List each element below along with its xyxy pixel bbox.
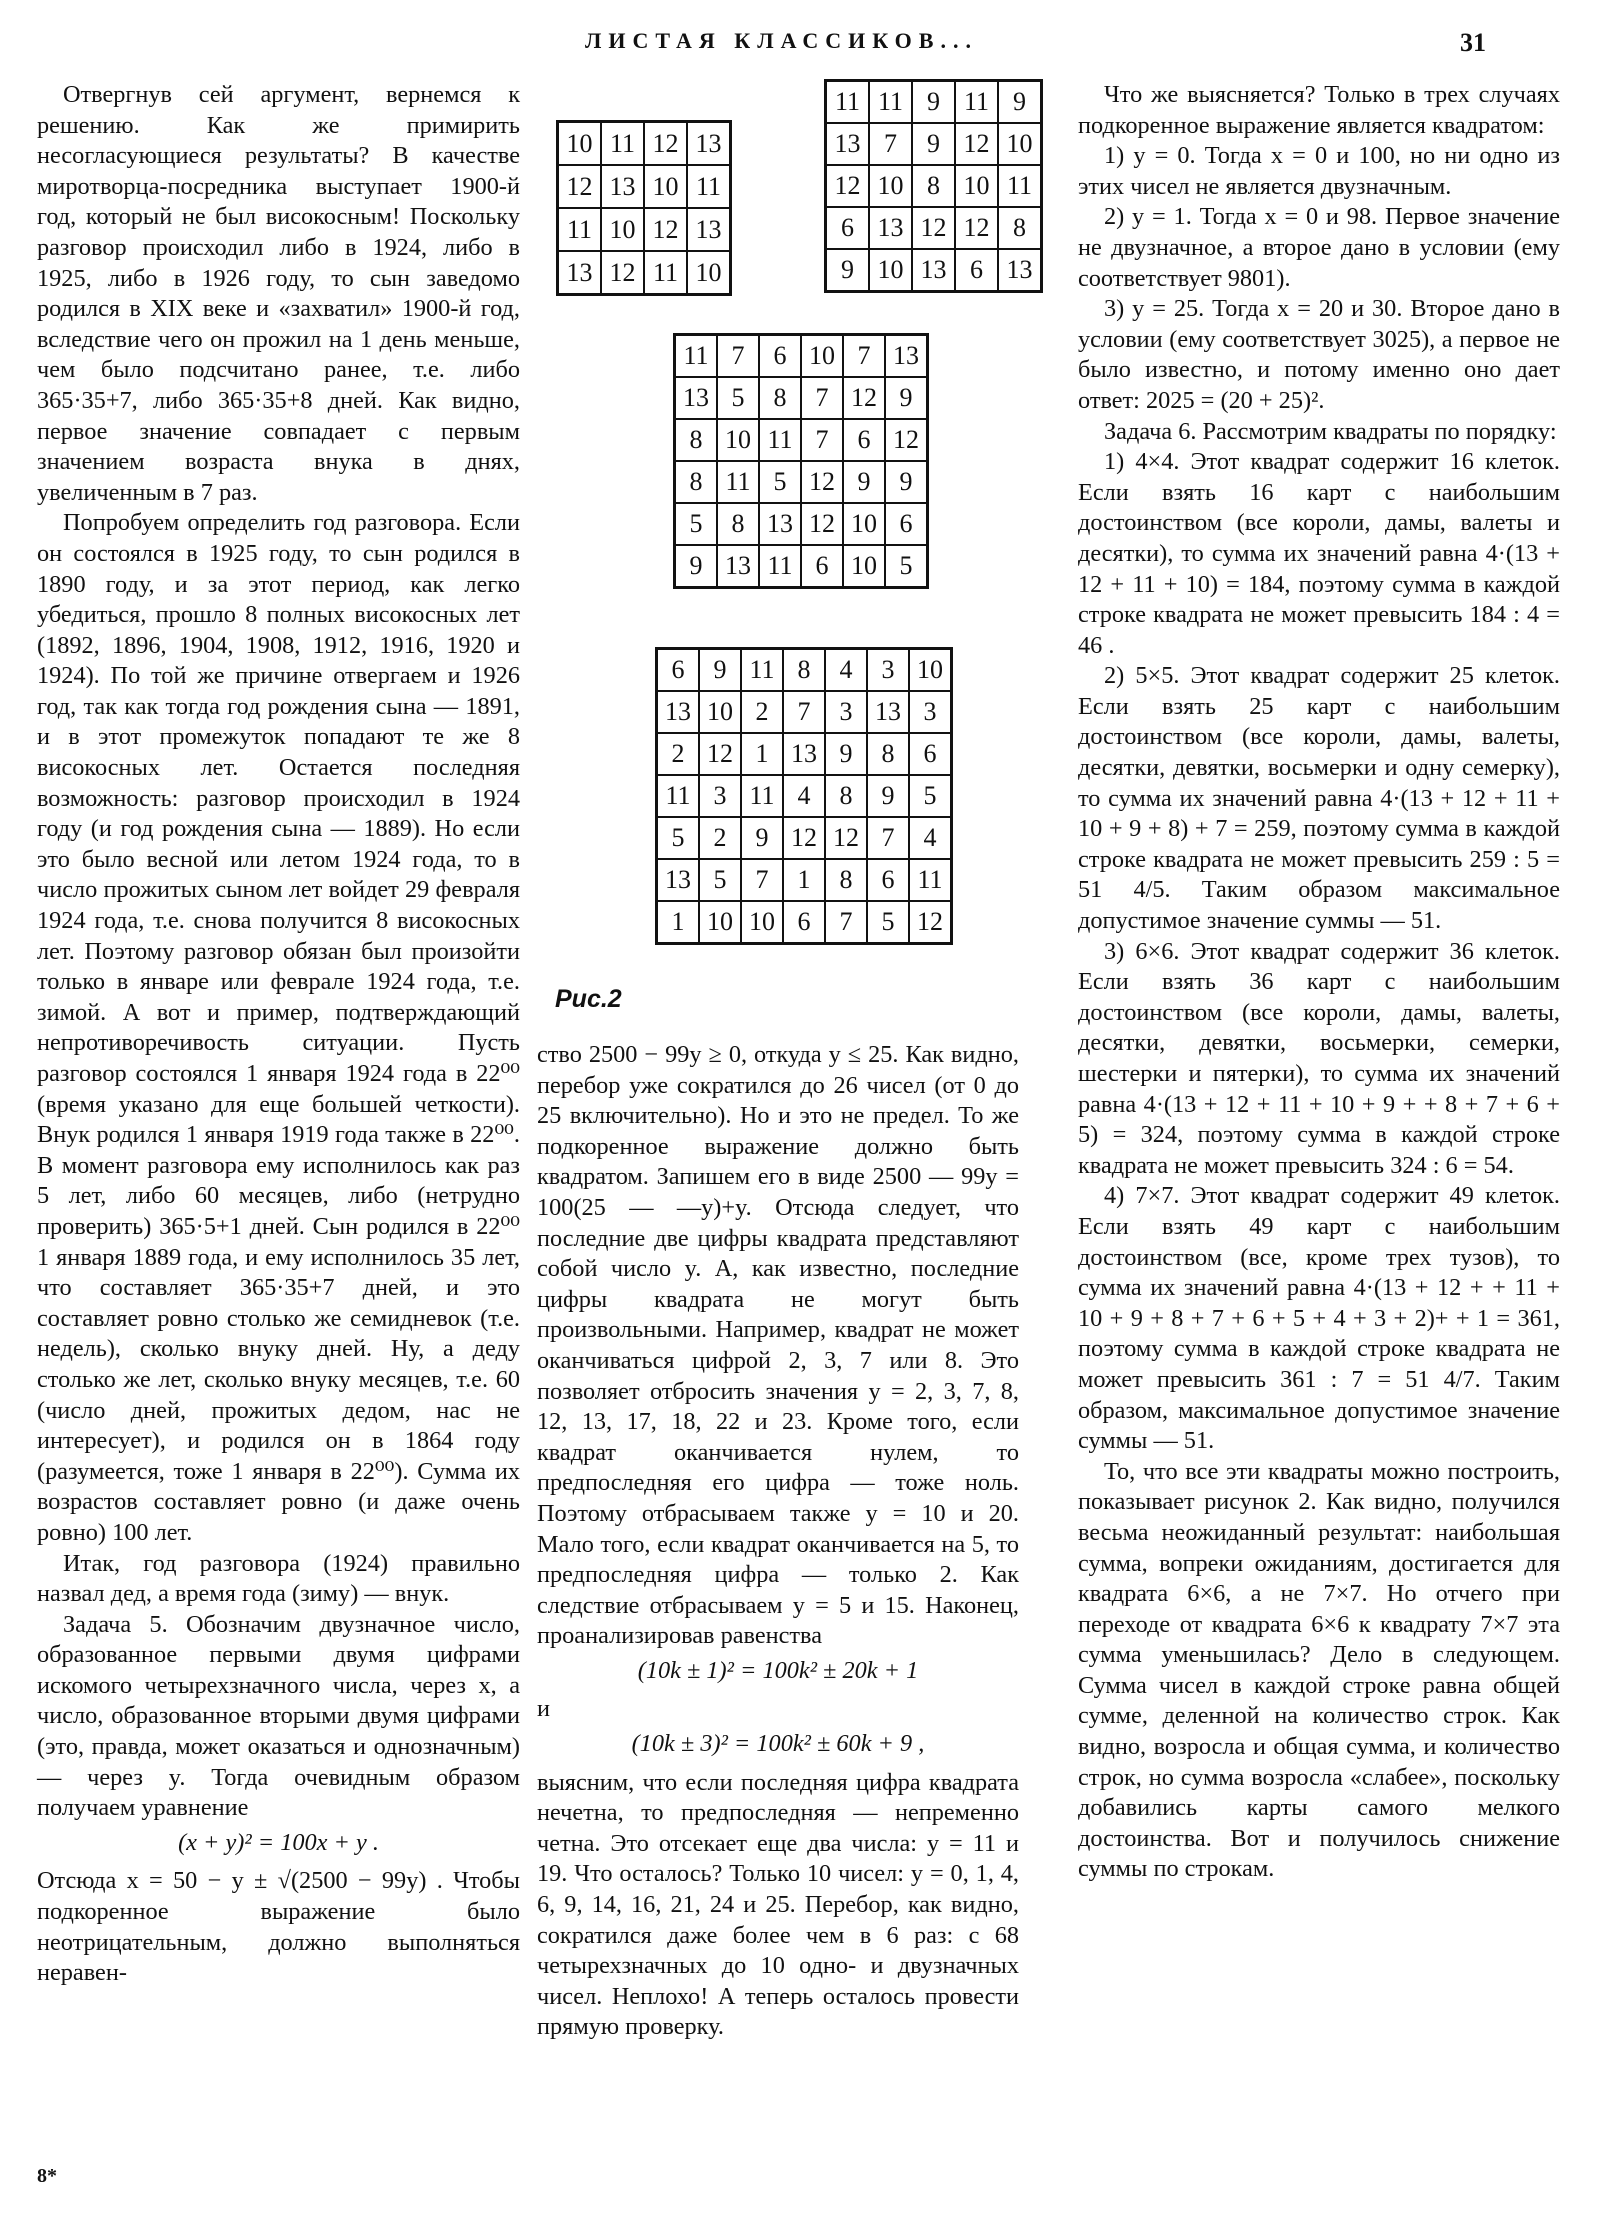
grid-cell: 12 bbox=[909, 901, 952, 944]
grid-cell: 5 bbox=[699, 859, 741, 901]
grid-cell: 13 bbox=[687, 122, 731, 166]
grid-cell: 6 bbox=[955, 249, 998, 292]
grid-cell: 12 bbox=[825, 817, 867, 859]
grid-cell: 5 bbox=[909, 775, 952, 817]
grid-cell: 3 bbox=[699, 775, 741, 817]
grid-cell: 7 bbox=[717, 335, 759, 378]
paragraph-problem-5: Задача 5. Обозначим двузначное число, об… bbox=[37, 1610, 520, 1824]
grid-cell: 11 bbox=[869, 81, 912, 124]
grid-cell: 5 bbox=[759, 461, 801, 503]
grid-row: 10111213 bbox=[558, 122, 731, 166]
grid-cell: 11 bbox=[998, 165, 1042, 207]
grid-cell: 12 bbox=[955, 123, 998, 165]
grid-cell: 9 bbox=[885, 377, 928, 419]
grid-row: 121081011 bbox=[826, 165, 1042, 207]
grid-cell: 10 bbox=[909, 649, 952, 692]
grid-cell: 7 bbox=[741, 859, 783, 901]
grid-cell: 11 bbox=[741, 775, 783, 817]
formula: (10k ± 1)² = 100k² ± 20k + 1 bbox=[537, 1656, 1019, 1687]
grid-cell: 13 bbox=[687, 208, 731, 251]
grid-cell: 2 bbox=[699, 817, 741, 859]
grid-cell: 8 bbox=[912, 165, 955, 207]
grid-cell: 7 bbox=[801, 377, 843, 419]
grid-cell: 11 bbox=[601, 122, 644, 166]
grid-cell: 13 bbox=[759, 503, 801, 545]
grid-cell: 3 bbox=[867, 649, 909, 692]
list-item: 4) 7×7. Этот квадрат содержит 49 клеток.… bbox=[1078, 1181, 1560, 1456]
column-left: Отвергнув сей аргумент, вернемся к решен… bbox=[37, 80, 520, 1989]
grid-cell: 6 bbox=[867, 859, 909, 901]
grid-cell: 9 bbox=[675, 545, 718, 588]
grid-cell: 13 bbox=[601, 165, 644, 208]
grid-cell: 5 bbox=[657, 817, 700, 859]
grid-cell: 9 bbox=[867, 775, 909, 817]
grid-cell: 13 bbox=[998, 249, 1042, 292]
grid-cell: 9 bbox=[741, 817, 783, 859]
grid-row: 11119119 bbox=[826, 81, 1042, 124]
grid-cell: 12 bbox=[783, 817, 825, 859]
grid-cell: 11 bbox=[909, 859, 952, 901]
grid-cell: 3 bbox=[909, 691, 952, 733]
grid-row: 691184310 bbox=[657, 649, 952, 692]
grid-cell: 9 bbox=[826, 249, 870, 292]
grid-cell: 9 bbox=[912, 81, 955, 124]
grid-cell: 12 bbox=[843, 377, 885, 419]
paragraph: выясним, что если последняя цифра квадра… bbox=[537, 1768, 1019, 2043]
grid-cell: 6 bbox=[759, 335, 801, 378]
grid-row: 81151299 bbox=[675, 461, 928, 503]
paragraph: ство 2500 − 99y ≥ 0, откуда y ≤ 25. Как … bbox=[537, 1040, 1019, 1652]
grid-cell: 13 bbox=[717, 545, 759, 588]
grid-cell: 12 bbox=[601, 251, 644, 295]
grid-cell: 10 bbox=[869, 249, 912, 292]
paragraph: Отсюда x = 50 − y ± √(2500 − 99y) . Чтоб… bbox=[37, 1866, 520, 1988]
grid-row: 13791210 bbox=[826, 123, 1042, 165]
grid-cell: 9 bbox=[998, 81, 1042, 124]
grid-cell: 1 bbox=[741, 733, 783, 775]
grid-row: 91013613 bbox=[826, 249, 1042, 292]
grid-7x7: 6911843101310273133212113986113114895529… bbox=[655, 647, 953, 945]
grid-row: 1310273133 bbox=[657, 691, 952, 733]
grid-cell: 11 bbox=[826, 81, 870, 124]
grid-cell: 11 bbox=[644, 251, 687, 295]
paragraph: Попробуем определить год разговора. Если… bbox=[37, 508, 520, 1548]
grid-cell: 11 bbox=[759, 545, 801, 588]
grid-cell: 13 bbox=[783, 733, 825, 775]
grid-cell: 5 bbox=[675, 503, 718, 545]
grid-cell: 10 bbox=[558, 122, 602, 166]
grid-cell: 7 bbox=[801, 419, 843, 461]
grid-cell: 4 bbox=[909, 817, 952, 859]
grid-cell: 9 bbox=[825, 733, 867, 775]
paragraph-problem-6: Задача 6. Рассмотрим квадраты по порядку… bbox=[1078, 417, 1560, 448]
grid-cell: 11 bbox=[657, 775, 700, 817]
grid-cell: 12 bbox=[699, 733, 741, 775]
grid-cell: 9 bbox=[699, 649, 741, 692]
grid-cell: 10 bbox=[801, 335, 843, 378]
grid-cell: 13 bbox=[912, 249, 955, 292]
grid-cell: 8 bbox=[825, 859, 867, 901]
grid-5x5: 1111911913791210121081011613121289101361… bbox=[824, 79, 1043, 293]
grid-cell: 13 bbox=[869, 207, 912, 249]
grid-cell: 6 bbox=[909, 733, 952, 775]
grid-cell: 5 bbox=[885, 545, 928, 588]
grid-cell: 13 bbox=[657, 859, 700, 901]
grid-row: 13587129 bbox=[675, 377, 928, 419]
grid-cell: 1 bbox=[657, 901, 700, 944]
grid-4x4: 10111213121310111110121313121110 bbox=[556, 120, 732, 296]
list-item: 3) y = 25. Тогда x = 20 и 30. Второе дан… bbox=[1078, 294, 1560, 416]
paragraph: Отвергнув сей аргумент, вернемся к решен… bbox=[37, 80, 520, 508]
page-number: 31 bbox=[1460, 28, 1486, 58]
grid-cell: 7 bbox=[783, 691, 825, 733]
grid-cell: 10 bbox=[955, 165, 998, 207]
grid-cell: 6 bbox=[826, 207, 870, 249]
grid-row: 11101213 bbox=[558, 208, 731, 251]
conjunction: и bbox=[537, 1694, 1019, 1725]
list-item: 3) 6×6. Этот квадрат содержит 36 клеток.… bbox=[1078, 937, 1560, 1182]
grid-cell: 12 bbox=[912, 207, 955, 249]
paragraph: То, что все эти квадраты можно построить… bbox=[1078, 1457, 1560, 1885]
formula: (10k ± 3)² = 100k² ± 60k + 9 , bbox=[537, 1729, 1019, 1760]
grid-cell: 11 bbox=[741, 649, 783, 692]
paragraph: Что же выясняется? Только в трех случаях… bbox=[1078, 80, 1560, 141]
grid-cell: 6 bbox=[843, 419, 885, 461]
grid-cell: 12 bbox=[826, 165, 870, 207]
running-head: ЛИСТАЯ КЛАССИКОВ... bbox=[585, 28, 978, 54]
grid-cell: 12 bbox=[801, 461, 843, 503]
list-item: 1) 4×4. Этот квадрат содержит 16 клеток.… bbox=[1078, 447, 1560, 661]
grid-cell: 12 bbox=[644, 122, 687, 166]
grid-6x6: 1176107131358712981011761281151299581312… bbox=[673, 333, 929, 589]
grid-cell: 13 bbox=[867, 691, 909, 733]
grid-cell: 10 bbox=[843, 503, 885, 545]
formula: (x + y)² = 100x + y . bbox=[37, 1828, 520, 1859]
grid-cell: 10 bbox=[998, 123, 1042, 165]
grid-row: 13121110 bbox=[558, 251, 731, 295]
grid-cell: 12 bbox=[558, 165, 602, 208]
grid-cell: 12 bbox=[801, 503, 843, 545]
grid-cell: 10 bbox=[717, 419, 759, 461]
grid-cell: 13 bbox=[558, 251, 602, 295]
grid-row: 212113986 bbox=[657, 733, 952, 775]
grid-row: 12131011 bbox=[558, 165, 731, 208]
grid-cell: 9 bbox=[885, 461, 928, 503]
grid-row: 581312106 bbox=[675, 503, 928, 545]
grid-cell: 8 bbox=[867, 733, 909, 775]
grid-cell: 3 bbox=[825, 691, 867, 733]
grid-cell: 13 bbox=[826, 123, 870, 165]
grid-cell: 10 bbox=[741, 901, 783, 944]
grid-cell: 11 bbox=[759, 419, 801, 461]
grid-cell: 8 bbox=[675, 419, 718, 461]
list-item: 1) y = 0. Тогда x = 0 и 100, но ни одно … bbox=[1078, 141, 1560, 202]
grid-cell: 4 bbox=[825, 649, 867, 692]
grid-cell: 8 bbox=[998, 207, 1042, 249]
list-item: 2) 5×5. Этот квадрат содержит 25 клеток.… bbox=[1078, 661, 1560, 936]
grid-cell: 7 bbox=[843, 335, 885, 378]
grid-cell: 12 bbox=[885, 419, 928, 461]
grid-cell: 2 bbox=[741, 691, 783, 733]
grid-cell: 4 bbox=[783, 775, 825, 817]
grid-cell: 8 bbox=[825, 775, 867, 817]
grid-cell: 1 bbox=[783, 859, 825, 901]
grid-cell: 10 bbox=[601, 208, 644, 251]
grid-cell: 7 bbox=[867, 817, 909, 859]
grid-cell: 6 bbox=[657, 649, 700, 692]
grid-row: 529121274 bbox=[657, 817, 952, 859]
grid-cell: 8 bbox=[759, 377, 801, 419]
grid-cell: 5 bbox=[867, 901, 909, 944]
list-item: 2) y = 1. Тогда x = 0 и 98. Первое значе… bbox=[1078, 202, 1560, 294]
grid-cell: 7 bbox=[869, 123, 912, 165]
grid-cell: 13 bbox=[885, 335, 928, 378]
grid-cell: 10 bbox=[699, 691, 741, 733]
grid-row: 117610713 bbox=[675, 335, 928, 378]
grid-cell: 10 bbox=[699, 901, 741, 944]
grid-cell: 13 bbox=[675, 377, 718, 419]
column-middle: ство 2500 − 99y ≥ 0, откуда y ≤ 25. Как … bbox=[537, 1040, 1019, 2043]
grid-cell: 8 bbox=[783, 649, 825, 692]
grid-cell: 10 bbox=[644, 165, 687, 208]
grid-cell: 10 bbox=[843, 545, 885, 588]
grid-row: 113114895 bbox=[657, 775, 952, 817]
grid-cell: 11 bbox=[687, 165, 731, 208]
column-right: Что же выясняется? Только в трех случаях… bbox=[1078, 80, 1560, 1885]
grid-cell: 6 bbox=[885, 503, 928, 545]
grid-row: 1101067512 bbox=[657, 901, 952, 944]
grid-cell: 11 bbox=[955, 81, 998, 124]
grid-cell: 10 bbox=[687, 251, 731, 295]
grid-cell: 8 bbox=[717, 503, 759, 545]
grid-row: 810117612 bbox=[675, 419, 928, 461]
grid-cell: 9 bbox=[843, 461, 885, 503]
figure-caption: Рис.2 bbox=[555, 985, 622, 1014]
grid-row: 913116105 bbox=[675, 545, 928, 588]
grid-cell: 11 bbox=[675, 335, 718, 378]
grid-row: 61312128 bbox=[826, 207, 1042, 249]
grid-cell: 6 bbox=[783, 901, 825, 944]
grid-cell: 11 bbox=[717, 461, 759, 503]
grid-cell: 12 bbox=[955, 207, 998, 249]
grid-cell: 2 bbox=[657, 733, 700, 775]
grid-cell: 6 bbox=[801, 545, 843, 588]
grid-cell: 10 bbox=[869, 165, 912, 207]
signature-mark: 8* bbox=[37, 2165, 57, 2188]
grid-row: 135718611 bbox=[657, 859, 952, 901]
grid-cell: 11 bbox=[558, 208, 602, 251]
grid-cell: 13 bbox=[657, 691, 700, 733]
grid-cell: 12 bbox=[644, 208, 687, 251]
paragraph: Итак, год разговора (1924) правильно наз… bbox=[37, 1549, 520, 1610]
grid-cell: 5 bbox=[717, 377, 759, 419]
grid-cell: 8 bbox=[675, 461, 718, 503]
grid-cell: 9 bbox=[912, 123, 955, 165]
grid-cell: 7 bbox=[825, 901, 867, 944]
